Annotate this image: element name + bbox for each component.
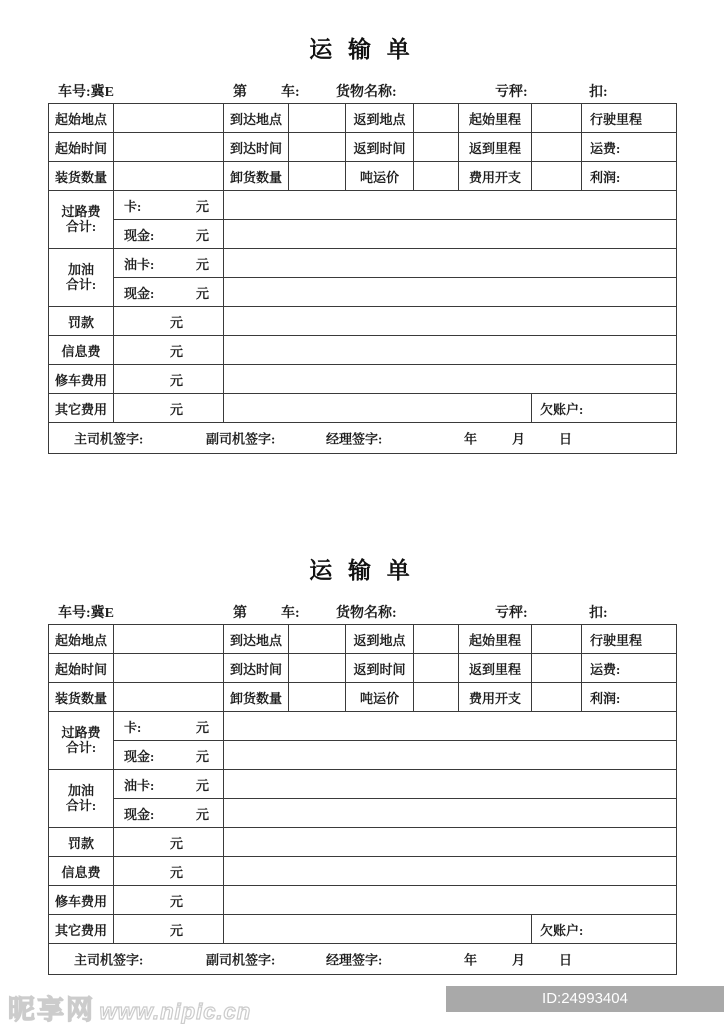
info-fee-label: 信息费 — [49, 336, 114, 365]
watermark-site-logo: 昵享网 — [8, 995, 95, 1024]
return-place-label: 返到地点 — [346, 625, 414, 654]
other-fee-label: 其它费用 — [49, 394, 114, 423]
toll-cash-amount-field — [224, 741, 677, 770]
fuel-card-label: 油卡: — [124, 775, 154, 794]
weight-loss-label: 亏秤: — [495, 602, 528, 622]
manager-signature-label: 经理签字: — [326, 950, 382, 969]
unload-qty-label: 卸货数量 — [224, 162, 289, 191]
info-fee-yuan-cell: 元 — [114, 336, 224, 365]
cargo-name-label: 货物名称: — [336, 81, 397, 101]
table-row-toll-card: 过路费 合计: 卡: 元 — [49, 191, 677, 220]
toll-total-label: 过路费 合计: — [49, 191, 114, 249]
start-time-field — [114, 654, 224, 683]
return-mileage-label: 返到里程 — [459, 654, 532, 683]
fine-yuan-cell: 元 — [114, 307, 224, 336]
signature-cell: 主司机签字: 副司机签字: 经理签字: 年 月 日 — [49, 944, 677, 975]
table-row-places: 起始地点 到达地点 返到地点 起始里程 行驶里程 — [49, 104, 677, 133]
fuel-card-cell: 油卡: 元 — [114, 770, 224, 799]
toll-card-cell: 卡: 元 — [114, 191, 224, 220]
date-month-label: 月 — [512, 429, 525, 448]
yuan-unit: 元 — [196, 775, 209, 794]
toll-card-cell: 卡: 元 — [114, 712, 224, 741]
return-place-field — [414, 625, 459, 654]
date-day-label: 日 — [559, 950, 572, 969]
co-driver-signature-label: 副司机签字: — [206, 429, 275, 448]
table-row-toll-cash: 现金: 元 — [49, 741, 677, 770]
load-qty-label: 装货数量 — [49, 683, 114, 712]
yuan-unit: 元 — [196, 804, 209, 823]
info-fee-amount-field — [224, 336, 677, 365]
profit-label: 利润: — [582, 162, 677, 191]
fuel-total-label: 加油 合计: — [49, 249, 114, 307]
form-header: 车号:冀E 第 车: 货物名称: 亏秤: 扣: — [48, 81, 676, 101]
page: 运 输 单 车号:冀E 第 车: 货物名称: 亏秤: 扣: 起始地点 到达地点 … — [0, 0, 724, 1024]
main-driver-signature-label: 主司机签字: — [74, 950, 143, 969]
start-mileage-field — [532, 104, 582, 133]
load-qty-field — [114, 683, 224, 712]
bottom-bar: 昵享网 www.nipic.cn ID:24993404 NO:20260318… — [0, 984, 724, 1024]
form-header: 车号:冀E 第 车: 货物名称: 亏秤: 扣: — [48, 602, 676, 622]
nipic-watermark: 昵享网 www.nipic.cn — [8, 988, 251, 1024]
arrive-place-field — [289, 625, 346, 654]
driving-mileage-label: 行驶里程 — [582, 104, 677, 133]
table-row-fuel-cash: 现金: 元 — [49, 278, 677, 307]
cargo-name-label: 货物名称: — [336, 602, 397, 622]
other-fee-amount-field — [224, 915, 532, 944]
table-row-quantities: 装货数量 卸货数量 吨运价 费用开支 利润: — [49, 683, 677, 712]
date-year-label: 年 — [464, 950, 477, 969]
fuel-card-cell: 油卡: 元 — [114, 249, 224, 278]
table-row-times: 起始时间 到达时间 返到时间 返到里程 运费: — [49, 133, 677, 162]
expense-label: 费用开支 — [459, 683, 532, 712]
fuel-total-label: 加油 合计: — [49, 770, 114, 828]
toll-cash-amount-field — [224, 220, 677, 249]
vehicle-no-label: 车号:冀E — [58, 81, 114, 101]
arrive-time-field — [289, 133, 346, 162]
freight-label: 运费: — [582, 133, 677, 162]
toll-card-amount-field — [224, 712, 677, 741]
ton-price-label: 吨运价 — [346, 162, 414, 191]
other-fee-amount-field — [224, 394, 532, 423]
yuan-unit: 元 — [196, 225, 209, 244]
repair-fee-yuan-cell: 元 — [114, 365, 224, 394]
return-time-label: 返到时间 — [346, 654, 414, 683]
toll-total-label: 过路费 合计: — [49, 712, 114, 770]
toll-card-label: 卡: — [124, 717, 141, 736]
return-time-field — [414, 133, 459, 162]
yuan-unit: 元 — [196, 283, 209, 302]
expense-field — [532, 683, 582, 712]
other-fee-yuan-cell: 元 — [114, 915, 224, 944]
toll-cash-label: 现金: — [124, 225, 154, 244]
start-mileage-field — [532, 625, 582, 654]
table-row-places: 起始地点 到达地点 返到地点 起始里程 行驶里程 — [49, 625, 677, 654]
load-qty-field — [114, 162, 224, 191]
info-fee-label: 信息费 — [49, 857, 114, 886]
table-row-repair-fee: 修车费用 元 — [49, 365, 677, 394]
fuel-card-label: 油卡: — [124, 254, 154, 273]
load-qty-label: 装货数量 — [49, 162, 114, 191]
date-month-label: 月 — [512, 950, 525, 969]
deduction-label: 扣: — [589, 602, 608, 622]
table-row-quantities: 装货数量 卸货数量 吨运价 费用开支 利润: — [49, 162, 677, 191]
deduction-label: 扣: — [589, 81, 608, 101]
expense-field — [532, 162, 582, 191]
vehicle-ordinal-suffix: 车: — [281, 602, 300, 622]
arrive-place-label: 到达地点 — [224, 625, 289, 654]
fuel-cash-cell: 现金: 元 — [114, 799, 224, 828]
watermark-url-text: www.nipic.cn — [99, 999, 251, 1024]
info-fee-amount-field — [224, 857, 677, 886]
repair-fee-label: 修车费用 — [49, 365, 114, 394]
profit-label: 利润: — [582, 683, 677, 712]
table-row-times: 起始时间 到达时间 返到时间 返到里程 运费: — [49, 654, 677, 683]
waybill-table: 起始地点 到达地点 返到地点 起始里程 行驶里程 起始时间 到达时间 返到时间 … — [48, 103, 677, 454]
fine-label: 罚款 — [49, 828, 114, 857]
return-place-label: 返到地点 — [346, 104, 414, 133]
owed-account-label: 欠账户: — [532, 915, 677, 944]
manager-signature-label: 经理签字: — [326, 429, 382, 448]
fuel-cash-cell: 现金: 元 — [114, 278, 224, 307]
fine-amount-field — [224, 307, 677, 336]
fine-label: 罚款 — [49, 307, 114, 336]
owed-account-label: 欠账户: — [532, 394, 677, 423]
start-place-field — [114, 104, 224, 133]
table-row-fuel-card: 加油 合计: 油卡: 元 — [49, 249, 677, 278]
signature-cell: 主司机签字: 副司机签字: 经理签字: 年 月 日 — [49, 423, 677, 454]
ton-price-field — [414, 683, 459, 712]
form-title: 运 输 单 — [48, 36, 676, 64]
freight-label: 运费: — [582, 654, 677, 683]
return-time-field — [414, 654, 459, 683]
arrive-time-label: 到达时间 — [224, 133, 289, 162]
fuel-cash-label: 现金: — [124, 283, 154, 302]
expense-label: 费用开支 — [459, 162, 532, 191]
table-row-fine: 罚款 元 — [49, 307, 677, 336]
ton-price-label: 吨运价 — [346, 683, 414, 712]
yuan-unit: 元 — [196, 196, 209, 215]
arrive-place-field — [289, 104, 346, 133]
return-mileage-field — [532, 654, 582, 683]
toll-card-label: 卡: — [124, 196, 141, 215]
vehicle-ordinal-label: 第 — [233, 81, 247, 101]
table-row-signatures: 主司机签字: 副司机签字: 经理签字: 年 月 日 — [49, 423, 677, 454]
table-row-info-fee: 信息费 元 — [49, 336, 677, 365]
start-mileage-label: 起始里程 — [459, 104, 532, 133]
arrive-place-label: 到达地点 — [224, 104, 289, 133]
vehicle-no-label: 车号:冀E — [58, 602, 114, 622]
driving-mileage-label: 行驶里程 — [582, 625, 677, 654]
return-place-field — [414, 104, 459, 133]
toll-card-amount-field — [224, 191, 677, 220]
fuel-cash-amount-field — [224, 799, 677, 828]
waybill-form-1: 运 输 单 车号:冀E 第 车: 货物名称: 亏秤: 扣: 起始地点 到达地点 … — [48, 36, 676, 454]
yuan-unit: 元 — [196, 746, 209, 765]
unload-qty-field — [289, 683, 346, 712]
table-row-repair-fee: 修车费用 元 — [49, 886, 677, 915]
start-mileage-label: 起始里程 — [459, 625, 532, 654]
fine-yuan-cell: 元 — [114, 828, 224, 857]
table-row-toll-cash: 现金: 元 — [49, 220, 677, 249]
info-fee-yuan-cell: 元 — [114, 857, 224, 886]
toll-cash-cell: 现金: 元 — [114, 220, 224, 249]
other-fee-yuan-cell: 元 — [114, 394, 224, 423]
unload-qty-field — [289, 162, 346, 191]
image-id-badge: ID:24993404 NO:20260318143001980106 — [446, 986, 724, 1012]
vehicle-ordinal-suffix: 车: — [281, 81, 300, 101]
yuan-unit: 元 — [196, 254, 209, 273]
ton-price-field — [414, 162, 459, 191]
toll-cash-cell: 现金: 元 — [114, 741, 224, 770]
co-driver-signature-label: 副司机签字: — [206, 950, 275, 969]
repair-fee-amount-field — [224, 886, 677, 915]
form-title: 运 输 单 — [48, 557, 676, 585]
repair-fee-yuan-cell: 元 — [114, 886, 224, 915]
table-row-info-fee: 信息费 元 — [49, 857, 677, 886]
start-place-label: 起始地点 — [49, 625, 114, 654]
arrive-time-field — [289, 654, 346, 683]
table-row-fine: 罚款 元 — [49, 828, 677, 857]
table-row-fuel-card: 加油 合计: 油卡: 元 — [49, 770, 677, 799]
other-fee-label: 其它费用 — [49, 915, 114, 944]
return-mileage-field — [532, 133, 582, 162]
fuel-card-amount-field — [224, 770, 677, 799]
start-place-field — [114, 625, 224, 654]
return-mileage-label: 返到里程 — [459, 133, 532, 162]
table-row-toll-card: 过路费 合计: 卡: 元 — [49, 712, 677, 741]
vehicle-ordinal-label: 第 — [233, 602, 247, 622]
fine-amount-field — [224, 828, 677, 857]
date-day-label: 日 — [559, 429, 572, 448]
unload-qty-label: 卸货数量 — [224, 683, 289, 712]
repair-fee-label: 修车费用 — [49, 886, 114, 915]
date-year-label: 年 — [464, 429, 477, 448]
table-row-fuel-cash: 现金: 元 — [49, 799, 677, 828]
waybill-form-2: 运 输 单 车号:冀E 第 车: 货物名称: 亏秤: 扣: 起始地点 到达地点 … — [48, 557, 676, 975]
toll-cash-label: 现金: — [124, 746, 154, 765]
fuel-cash-amount-field — [224, 278, 677, 307]
main-driver-signature-label: 主司机签字: — [74, 429, 143, 448]
start-time-label: 起始时间 — [49, 133, 114, 162]
table-row-other-fee: 其它费用 元 欠账户: — [49, 915, 677, 944]
start-time-field — [114, 133, 224, 162]
table-row-signatures: 主司机签字: 副司机签字: 经理签字: 年 月 日 — [49, 944, 677, 975]
table-row-other-fee: 其它费用 元 欠账户: — [49, 394, 677, 423]
arrive-time-label: 到达时间 — [224, 654, 289, 683]
start-place-label: 起始地点 — [49, 104, 114, 133]
repair-fee-amount-field — [224, 365, 677, 394]
waybill-table: 起始地点 到达地点 返到地点 起始里程 行驶里程 起始时间 到达时间 返到时间 … — [48, 624, 677, 975]
fuel-cash-label: 现金: — [124, 804, 154, 823]
weight-loss-label: 亏秤: — [495, 81, 528, 101]
fuel-card-amount-field — [224, 249, 677, 278]
yuan-unit: 元 — [196, 717, 209, 736]
start-time-label: 起始时间 — [49, 654, 114, 683]
return-time-label: 返到时间 — [346, 133, 414, 162]
